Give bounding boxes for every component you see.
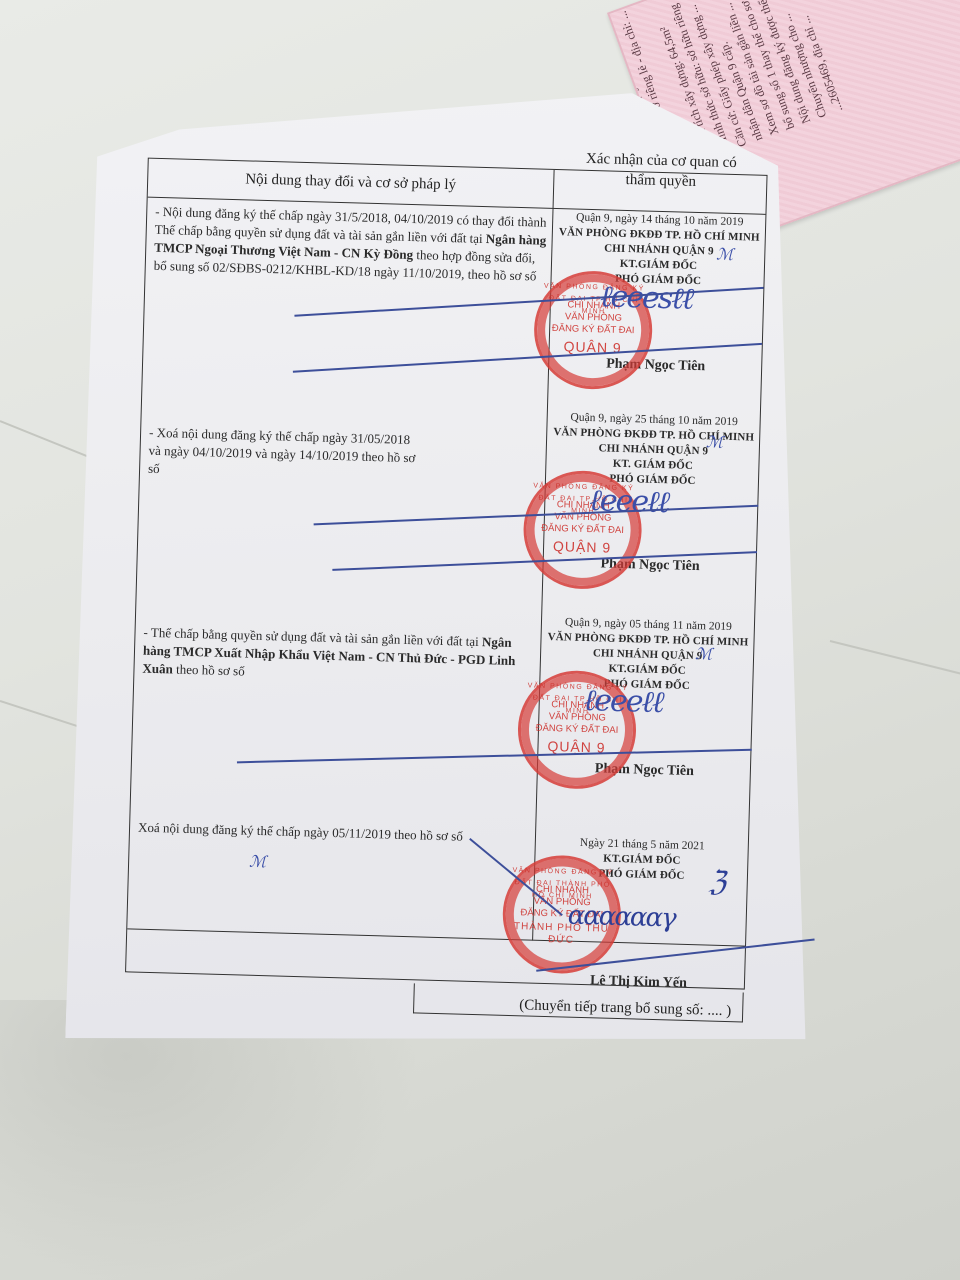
supplementary-page: Nội dung thay đổi và cơ sở pháp lý Xác n… — [65, 78, 832, 1078]
handwritten-initial: ℳ — [695, 644, 713, 664]
handwritten-signature: ℓeeeℓℓ — [583, 683, 663, 720]
floor-tile-seam — [830, 640, 960, 676]
handwritten-signature: ℓeeesℓℓ — [600, 279, 693, 317]
entry-content: - Thế chấp bằng quyền sử dụng đất và tài… — [142, 624, 523, 689]
handwritten-initial: ℳ — [706, 432, 724, 452]
handwritten-initial: ℳ — [249, 852, 267, 872]
header-changes-legal-basis: Nội dung thay đổi và cơ sở pháp lý — [148, 169, 553, 197]
handwritten-signature: ɑɑɑɑɑɑγ — [567, 901, 675, 934]
changes-table: Nội dung thay đổi và cơ sở pháp lý Xác n… — [125, 158, 768, 990]
header-authority-certification: Xác nhận của cơ quan có thẩm quyền — [553, 148, 769, 194]
entry-content: - Xoá nội dung đăng ký thế chấp ngày 31/… — [148, 424, 419, 486]
entry-content: - Nội dung đăng ký thế chấp ngày 31/5/20… — [154, 203, 548, 286]
handwritten-initial: ℳ — [716, 245, 734, 265]
handwritten-initial-signature: ℨ — [708, 865, 724, 898]
entry-content: Xoá nội dung đăng ký thế chấp ngày 05/11… — [138, 819, 518, 848]
handwritten-signature: ℓeeeℓℓ — [589, 483, 669, 520]
